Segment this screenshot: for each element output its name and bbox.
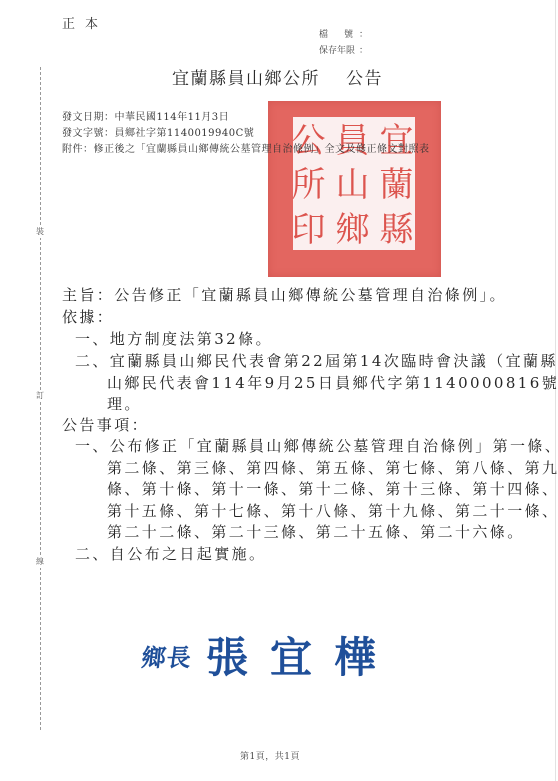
document-title: 宜蘭縣員山鄉公所公告 [172, 64, 383, 89]
announcement-item-1-line-1: 一、公布修正「宜蘭縣員山鄉傳統公墓管理自治條例」第一條、 [75, 435, 558, 456]
subject-line: 主旨：公告修正「宜蘭縣員山鄉傳統公墓管理自治條例」。 [62, 284, 507, 305]
agency-name: 宜蘭縣員山鄉公所 [172, 69, 320, 89]
binding-label-zhuang: 裝 [33, 226, 47, 238]
page-number: 第1頁，共1頁 [240, 749, 300, 762]
seal-char: 鄉 [327, 206, 371, 250]
seal-char: 縣 [371, 206, 415, 250]
attachment-line: 附件：修正後之「宜蘭縣員山鄉傳統公墓管理自治條例」全文及修正條文對照表 [62, 140, 430, 155]
signatory-name: 張宜樺 [206, 633, 398, 682]
official-seal: 宜 員 公 蘭 山 所 縣 鄉 印 [268, 101, 441, 277]
announcement-items-heading: 公告事項： [62, 414, 149, 435]
announcement-item-1-line-4: 第十五條、第十七條、第十八條、第十九條、第二十一條、 [107, 500, 558, 521]
announcement-item-2: 二、自公布之日起實施。 [75, 543, 266, 564]
signatory-title: 鄉長 [140, 638, 194, 673]
seal-char: 所 [283, 161, 327, 205]
announcement-item-1-line-2: 第二條、第三條、第四條、第五條、第七條、第八條、第九 [107, 457, 558, 478]
file-number-label: 檔號 [319, 27, 359, 40]
basis-heading: 依據： [62, 306, 114, 327]
seal-char: 印 [283, 206, 327, 250]
document-number: 發文字號：員鄉社字第1140019940C號 [62, 124, 254, 139]
seal-char: 蘭 [371, 161, 415, 205]
basis-item-2-line-2: 山鄉民代表會114年9月25日員鄉代字第1140000816號函）辦 [107, 372, 558, 393]
document-type: 公告 [346, 69, 383, 89]
seal-face: 宜 員 公 蘭 山 所 縣 鄉 印 [293, 117, 415, 250]
file-number-field: 檔號： [319, 27, 368, 40]
signature-stamp: 鄉長張宜樺 [142, 625, 398, 685]
seal-char: 山 [327, 161, 371, 205]
copy-mark: 正本 [62, 13, 108, 32]
binding-label-ding: 訂 [33, 390, 47, 402]
basis-item-2-line-1: 二、宜蘭縣員山鄉民代表會第22屆第14次臨時會決議（宜蘭縣員 [75, 350, 558, 371]
issue-date: 發文日期：中華民國114年11月3日 [62, 108, 229, 123]
retention-period-field: 保存年限： [319, 43, 368, 56]
binding-label-xian: 線 [33, 556, 47, 568]
announcement-item-1-line-3: 條、第十條、第十一條、第十二條、第十三條、第十四條、 [107, 478, 558, 499]
basis-item-1: 一、地方制度法第32條。 [75, 328, 273, 349]
basis-item-2-line-3: 理。 [107, 393, 142, 414]
announcement-item-1-line-5: 第二十二條、第二十三條、第二十五條、第二十六條。 [107, 521, 525, 542]
retention-period-label: 保存年限 [319, 43, 359, 56]
